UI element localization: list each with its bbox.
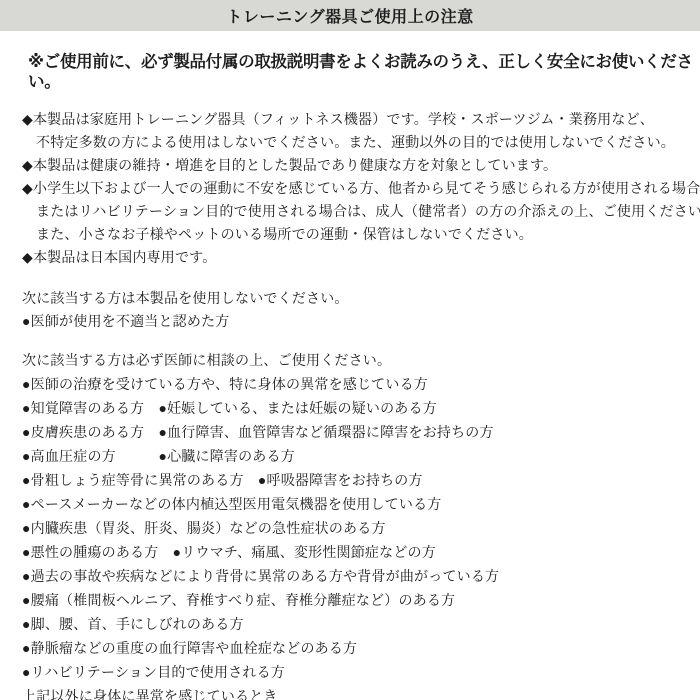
bullet-item: ●過去の事故や疾病などにより背骨に異常のある方や背骨が曲がっている方 (0, 564, 700, 588)
bullet-item: ●脚、腰、首、手にしびれのある方 (0, 612, 700, 636)
bullet-item: ●骨粗しょう症等骨に異常のある方 ●呼吸器障害をお持ちの方 (0, 468, 700, 492)
bullet-item: ●リハビリテーション目的で使用される方 (0, 660, 700, 684)
general-item: ◆本製品は日本国内専用です。 (0, 246, 700, 269)
bullet-item: ●静脈瘤などの重度の血行障害や血栓症などのある方 (0, 636, 700, 660)
general-precautions-section: ◆本製品は家庭用トレーニング器具（フィットネス機器）です。学校・スポーツジム・業… (0, 108, 700, 269)
general-item: ◆本製品は健康の維持・増進を目的とした製品であり健康な方を対象としています。 (0, 154, 700, 177)
general-item: ◆小学生以下および一人での運動に不安を感じている方、他者から見てそう感じられる方… (0, 177, 700, 200)
consult-doctor-heading: 次に該当する方は必ず医師に相談の上、ご使用ください。 (0, 348, 700, 372)
bullet-item: ●内臓疾患（胃炎、肝炎、腸炎）などの急性症状のある方 (0, 516, 700, 540)
do-not-use-heading: 次に該当する方は本製品を使用しないでください。 (0, 287, 700, 310)
bullet-item: ●高血圧症の方 ●心臓に障害のある方 (0, 444, 700, 468)
document-header-bar: トレーニング器具ご使用上の注意 (0, 0, 700, 31)
bullet-item: ●医師の治療を受けている方や、特に身体の異常を感じている方 (0, 372, 700, 396)
bullet-item: ●医師が使用を不適当と認めた方 (0, 310, 700, 333)
general-item-continuation: またはリハビリテーション目的で使用される場合は、成人（健常者）の方の介添えの上、… (0, 200, 700, 223)
page-title: トレーニング器具ご使用上の注意 (226, 4, 473, 27)
general-item-continuation: また、小さなお子様やペットのいる場所での運動・保管はしないでください。 (0, 223, 700, 246)
bullet-item: ●知覚障害のある方 ●妊娠している、または妊娠の疑いのある方 (0, 396, 700, 420)
closing-note: 上記以外に身体に異常を感じているとき (0, 684, 700, 700)
general-item-continuation: 不特定多数の方による使用はしないでください。また、運動以外の目的では使用しないで… (0, 131, 700, 154)
bullet-item: ●ペースメーカーなどの体内植込型医用電気機器を使用している方 (0, 492, 700, 516)
bullet-item: ●皮膚疾患のある方 ●血行障害、血管障害など循環器に障害をお持ちの方 (0, 420, 700, 444)
general-item: ◆本製品は家庭用トレーニング器具（フィットネス機器）です。学校・スポーツジム・業… (0, 108, 700, 131)
pre-use-notice: ※ご使用前に、必ず製品付属の取扱説明書をよくお読みのうえ、正しく安全にお使いくだ… (28, 52, 700, 92)
do-not-use-section: 次に該当する方は本製品を使用しないでください。 ●医師が使用を不適当と認めた方 (0, 287, 700, 333)
consult-doctor-section: 次に該当する方は必ず医師に相談の上、ご使用ください。 ●医師の治療を受けている方… (0, 348, 700, 700)
caution-document: トレーニング器具ご使用上の注意 ※ご使用前に、必ず製品付属の取扱説明書をよくお読… (0, 0, 700, 700)
bullet-item: ●悪性の腫瘍のある方 ●リウマチ、痛風、変形性関節症などの方 (0, 540, 700, 564)
bullet-item: ●腰痛（椎間板ヘルニア、脊椎すべり症、脊椎分離症など）のある方 (0, 588, 700, 612)
